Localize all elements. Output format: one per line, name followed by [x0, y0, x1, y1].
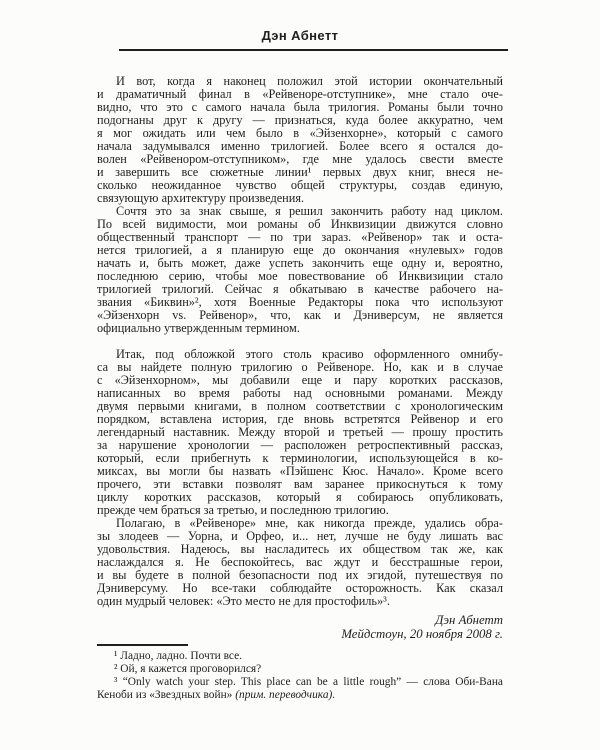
text-segment: ² Ой, я кажется проговорился? — [114, 663, 261, 675]
footnotes: ¹ Ладно, ладно. Почти все. ² Ой, я кажет… — [97, 650, 503, 703]
paragraph-4: Полагаю, в «Рейвеноре» мне, как никогда … — [97, 517, 503, 608]
running-header-author: Дэн Абнетт — [97, 28, 503, 44]
text-line: официально утвержденным термином. — [97, 322, 503, 335]
text-segment: ³ “Only watch your step. This place can … — [114, 676, 503, 688]
paragraph-1: И вот, когда я наконец положил этой исто… — [97, 75, 503, 205]
body-text: И вот, когда я наконец положил этой исто… — [97, 75, 503, 608]
text-line: Кеноби из «Звездных войн» (прим. перевод… — [97, 689, 503, 702]
signature-author: Дэн Абнетт — [97, 614, 503, 628]
signature-block: Дэн Абнетт Мейдстоун, 20 ноября 2008 г. — [97, 614, 503, 641]
paragraph-2: Сочтя это за знак свыше, я решил закончи… — [97, 205, 503, 335]
footnote-divider — [97, 644, 188, 646]
text-line: один мудрый человек: «Это место не для п… — [97, 595, 503, 608]
footnote-1: ¹ Ладно, ладно. Почти все. — [97, 650, 503, 663]
translator-note: (прим. переводчика). — [235, 689, 335, 701]
text-segment: ¹ Ладно, ладно. Почти все. — [114, 650, 242, 662]
header-rule — [119, 49, 508, 51]
scanned-book-page: Дэн Абнетт И вот, когда я наконец положи… — [0, 0, 600, 750]
text-line: ¹ Ладно, ладно. Почти все. — [97, 650, 503, 663]
text-line: ² Ой, я кажется проговорился? — [97, 663, 503, 676]
footnote-2: ² Ой, я кажется проговорился? — [97, 663, 503, 676]
signature-place-date: Мейдстоун, 20 ноября 2008 г. — [97, 628, 503, 642]
text-line: ³ “Only watch your step. This place can … — [97, 676, 503, 689]
text-block: Дэн Абнетт И вот, когда я наконец положи… — [97, 0, 503, 703]
paragraph-3: Итак, под обложкой этого столь красиво о… — [97, 348, 503, 517]
text-segment: Кеноби из «Звездных войн» — [97, 689, 235, 701]
footnote-3: ³ “Only watch your step. This place can … — [97, 676, 503, 703]
